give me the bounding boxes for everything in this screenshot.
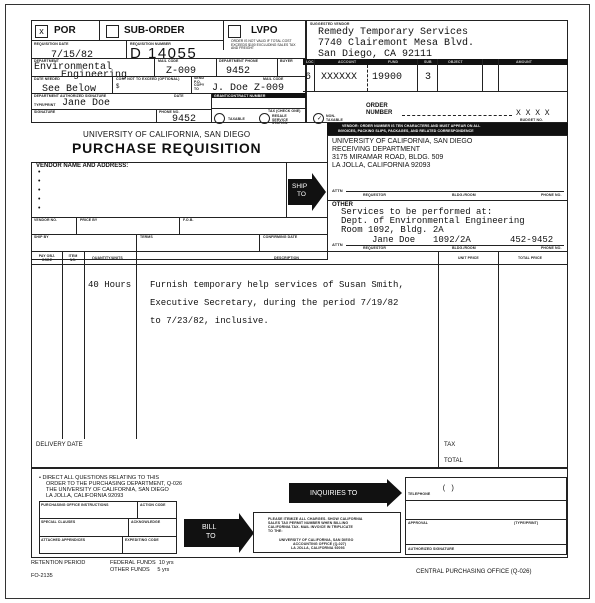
ship-to-label-2: TO <box>297 191 306 198</box>
order-number-label-2: NUMBER <box>366 110 392 116</box>
send-po-copy-label: Send P.O. Copy To <box>194 77 208 91</box>
grant-contract-label: Grant/Contract Number <box>214 94 265 98</box>
vendor-notice-line2: INVOICES, PACKING SLIPS, PACKAGES, AND R… <box>338 129 474 133</box>
cost-not-to-exceed[interactable]: $ <box>116 84 119 90</box>
other-requestor[interactable]: Jane Doe <box>372 235 415 245</box>
university-title: UNIVERSITY OF CALIFORNIA, SAN DIEGO <box>83 130 250 139</box>
col-amount: Amount <box>516 60 532 64</box>
acknowledge-label: Acknowledge <box>131 520 160 524</box>
col-object: Object <box>448 60 463 64</box>
date-needed-label: Date Needed <box>34 77 60 81</box>
terms-label: Terms <box>140 235 153 239</box>
ship-requestor-label: Requestor <box>363 193 386 197</box>
expediting-code-label: Expediting Code <box>125 538 159 542</box>
budget-number-label: Budget No. <box>520 118 543 122</box>
approval-type-print-label: (Type/Print) <box>514 521 538 525</box>
date-label: Date <box>174 94 184 98</box>
suggested-vendor-line1[interactable]: Remedy Temporary Services <box>318 27 468 38</box>
vendor-bullet: • <box>38 205 40 212</box>
por-checkbox[interactable]: x <box>35 25 48 38</box>
acct-loc[interactable]: 6 <box>305 72 311 83</box>
other-bldg-room-label: Bldg./Room <box>452 246 476 250</box>
col-total-price: Total Price <box>518 256 542 260</box>
other-funds-label: OTHER FUNDS 5 yrs <box>110 567 169 573</box>
other-bldg-room[interactable]: 1092/2A <box>433 235 471 245</box>
purchasing-codes-box <box>39 501 177 554</box>
ship-phone-label: Phone No. <box>541 193 562 197</box>
suggested-vendor-label: Suggested Vendor <box>310 22 350 26</box>
tax-label: Tax (Check One) <box>268 109 301 113</box>
other-line-3: Room 1092, Bldg. 2A <box>341 225 444 235</box>
ship-bldg-room-label: Bldg./Room <box>452 193 476 197</box>
other-phone-label: Phone No. <box>541 246 562 250</box>
central-purchasing-office: CENTRAL PURCHASING OFFICE (Q-026) <box>416 569 531 575</box>
tax-radio-taxable[interactable] <box>214 113 225 124</box>
col-quantity-units: Quantity/Units <box>92 256 123 260</box>
buyer-label: Buyer <box>280 59 293 63</box>
telephone-value[interactable]: ( ) <box>442 485 455 493</box>
telephone-label: Telephone <box>408 492 430 496</box>
ship-to-label-1: SHIP <box>292 183 307 190</box>
item-description-line-3: to 7/23/82, inclusive. <box>150 316 269 326</box>
other-requestor-label: Requestor <box>363 246 386 250</box>
vendor-bullet: • <box>38 169 40 176</box>
item-quantity[interactable]: 40 Hours <box>88 280 131 290</box>
vendor-bullet: • <box>38 178 40 185</box>
suborder-checkbox[interactable] <box>106 25 119 38</box>
col-sub: Sub <box>424 60 432 64</box>
phone-no[interactable]: 9452 <box>172 114 196 125</box>
suborder-label: SUB-ORDER <box>124 25 185 36</box>
bill-address-3: LA JOLLA, CALIFORNIA 92093 <box>291 546 345 550</box>
form-title: PURCHASE REQUISITION <box>72 140 261 156</box>
bill-to-label-2: TO <box>206 533 216 540</box>
ship-to-address-4: LA JOLLA, CALIFORNIA 92093 <box>332 162 430 169</box>
inquiries-to-label: INQUIRIES TO <box>310 490 357 497</box>
col-loc: Loc <box>306 60 314 64</box>
authorized-signature-label: Authorized Signature <box>408 547 454 551</box>
ship-to-address-2: RECEIVING DEPARTMENT <box>332 146 420 153</box>
suggested-vendor-line2: 7740 Clairemont Mesa Blvd. <box>318 38 474 49</box>
action-code-label: Action Code <box>140 503 166 507</box>
vendor-bullet: • <box>38 196 40 203</box>
retention-period-label: RETENTION PERIOD <box>31 560 85 566</box>
vendor-address-label: VENDOR NAME AND ADDRESS: <box>36 163 128 169</box>
ship-to-address-3: 3175 MIRAMAR ROAD, BLDG. 509 <box>332 154 443 161</box>
tax-option-resale: Resale Service Station <box>272 115 302 126</box>
vendor-bullet: • <box>38 187 40 194</box>
purchase-requisition-form: x POR SUB-ORDER LVPO Order is not valid … <box>5 4 590 599</box>
por-label: POR <box>54 25 76 36</box>
acct-fund[interactable]: 19900 <box>372 72 402 83</box>
lvpo-checkbox[interactable] <box>228 25 241 38</box>
lvpo-note: Order is not valid if total cost exceeds… <box>231 40 303 51</box>
department-phone-label: Department Phone <box>219 59 258 63</box>
confirming-date-label: Confirming Date <box>263 235 297 239</box>
ship-to-arrow-icon <box>288 173 326 211</box>
bill-to-label-1: BILL <box>202 524 216 531</box>
ship-to-address-1: UNIVERSITY OF CALIFORNIA, SAN DIEGO <box>332 138 472 145</box>
ship-by-label: Ship By <box>34 235 49 239</box>
tax-radio-resale[interactable] <box>259 113 270 124</box>
acct-sub[interactable]: 3 <box>425 72 431 83</box>
item-description-line-2: Executive Secretary, during the period 7… <box>150 298 398 308</box>
attached-appendices-label: Attached Appendices <box>41 538 85 542</box>
other-phone[interactable]: 452-9452 <box>510 235 553 245</box>
purchasing-instructions-label: Purchasing Office Instructions <box>41 503 109 507</box>
vendor-no-label: Vendor No. <box>34 218 57 222</box>
special-clauses-label: Special Clauses <box>41 520 75 524</box>
bill-to-arrow-icon <box>184 513 254 553</box>
lvpo-label: LVPO <box>251 25 277 36</box>
type-print[interactable]: Jane Doe <box>62 98 110 109</box>
acct-account[interactable]: XXXXXX <box>321 72 357 83</box>
grand-total-label: TOTAL <box>444 458 463 464</box>
mail-code-label: Mail Code <box>158 59 178 63</box>
col-item-no: Item No. <box>66 255 80 262</box>
col-pay-obj-code: Pay Obj. Code <box>35 255 59 262</box>
order-number-line[interactable] <box>402 115 512 116</box>
federal-funds-label: FEDERAL FUNDS 10 yrs <box>110 560 174 566</box>
delivery-date-label: DELIVERY DATE <box>36 442 83 448</box>
fob-label: F.O.B. <box>183 218 194 222</box>
vendor-notice-line1: VENDOR: ORDER NUMBER IS TEN CHARACTERS A… <box>342 124 481 128</box>
col-description: Description <box>274 256 299 260</box>
vendor-address-box <box>31 162 328 260</box>
order-number-label-1: ORDER <box>366 103 388 109</box>
send-mail-code-label: Mail Code <box>263 77 283 81</box>
col-fund: Fund <box>388 60 398 64</box>
item-description-line-1[interactable]: Furnish temporary help services of Susan… <box>150 280 404 290</box>
other-attn-label: ATTN <box>332 242 343 247</box>
questions-line-4: LA JOLLA, CALIFORNIA 92093 <box>46 493 123 499</box>
type-print-label: Type/Print <box>34 103 56 107</box>
approval-label: Approval <box>408 521 428 525</box>
ship-attn-label: ATTN <box>332 188 343 193</box>
budget-number: X X X X <box>516 109 550 118</box>
tax-total-label: TAX <box>444 442 455 448</box>
form-number: FO-2135 <box>31 573 53 579</box>
col-account: Account <box>338 60 356 64</box>
col-unit-price: Unit Price <box>458 256 479 260</box>
bill-note-4: TO THE: <box>268 529 283 533</box>
price-by-label: Price By <box>80 218 97 222</box>
signature-label: Signature <box>34 110 55 114</box>
cost-not-to-exceed-label: Cost not to exceed (optional) <box>116 77 180 81</box>
requisition-date-label: Requisition Date <box>34 42 69 46</box>
tax-option-taxable: Taxable <box>228 117 245 121</box>
